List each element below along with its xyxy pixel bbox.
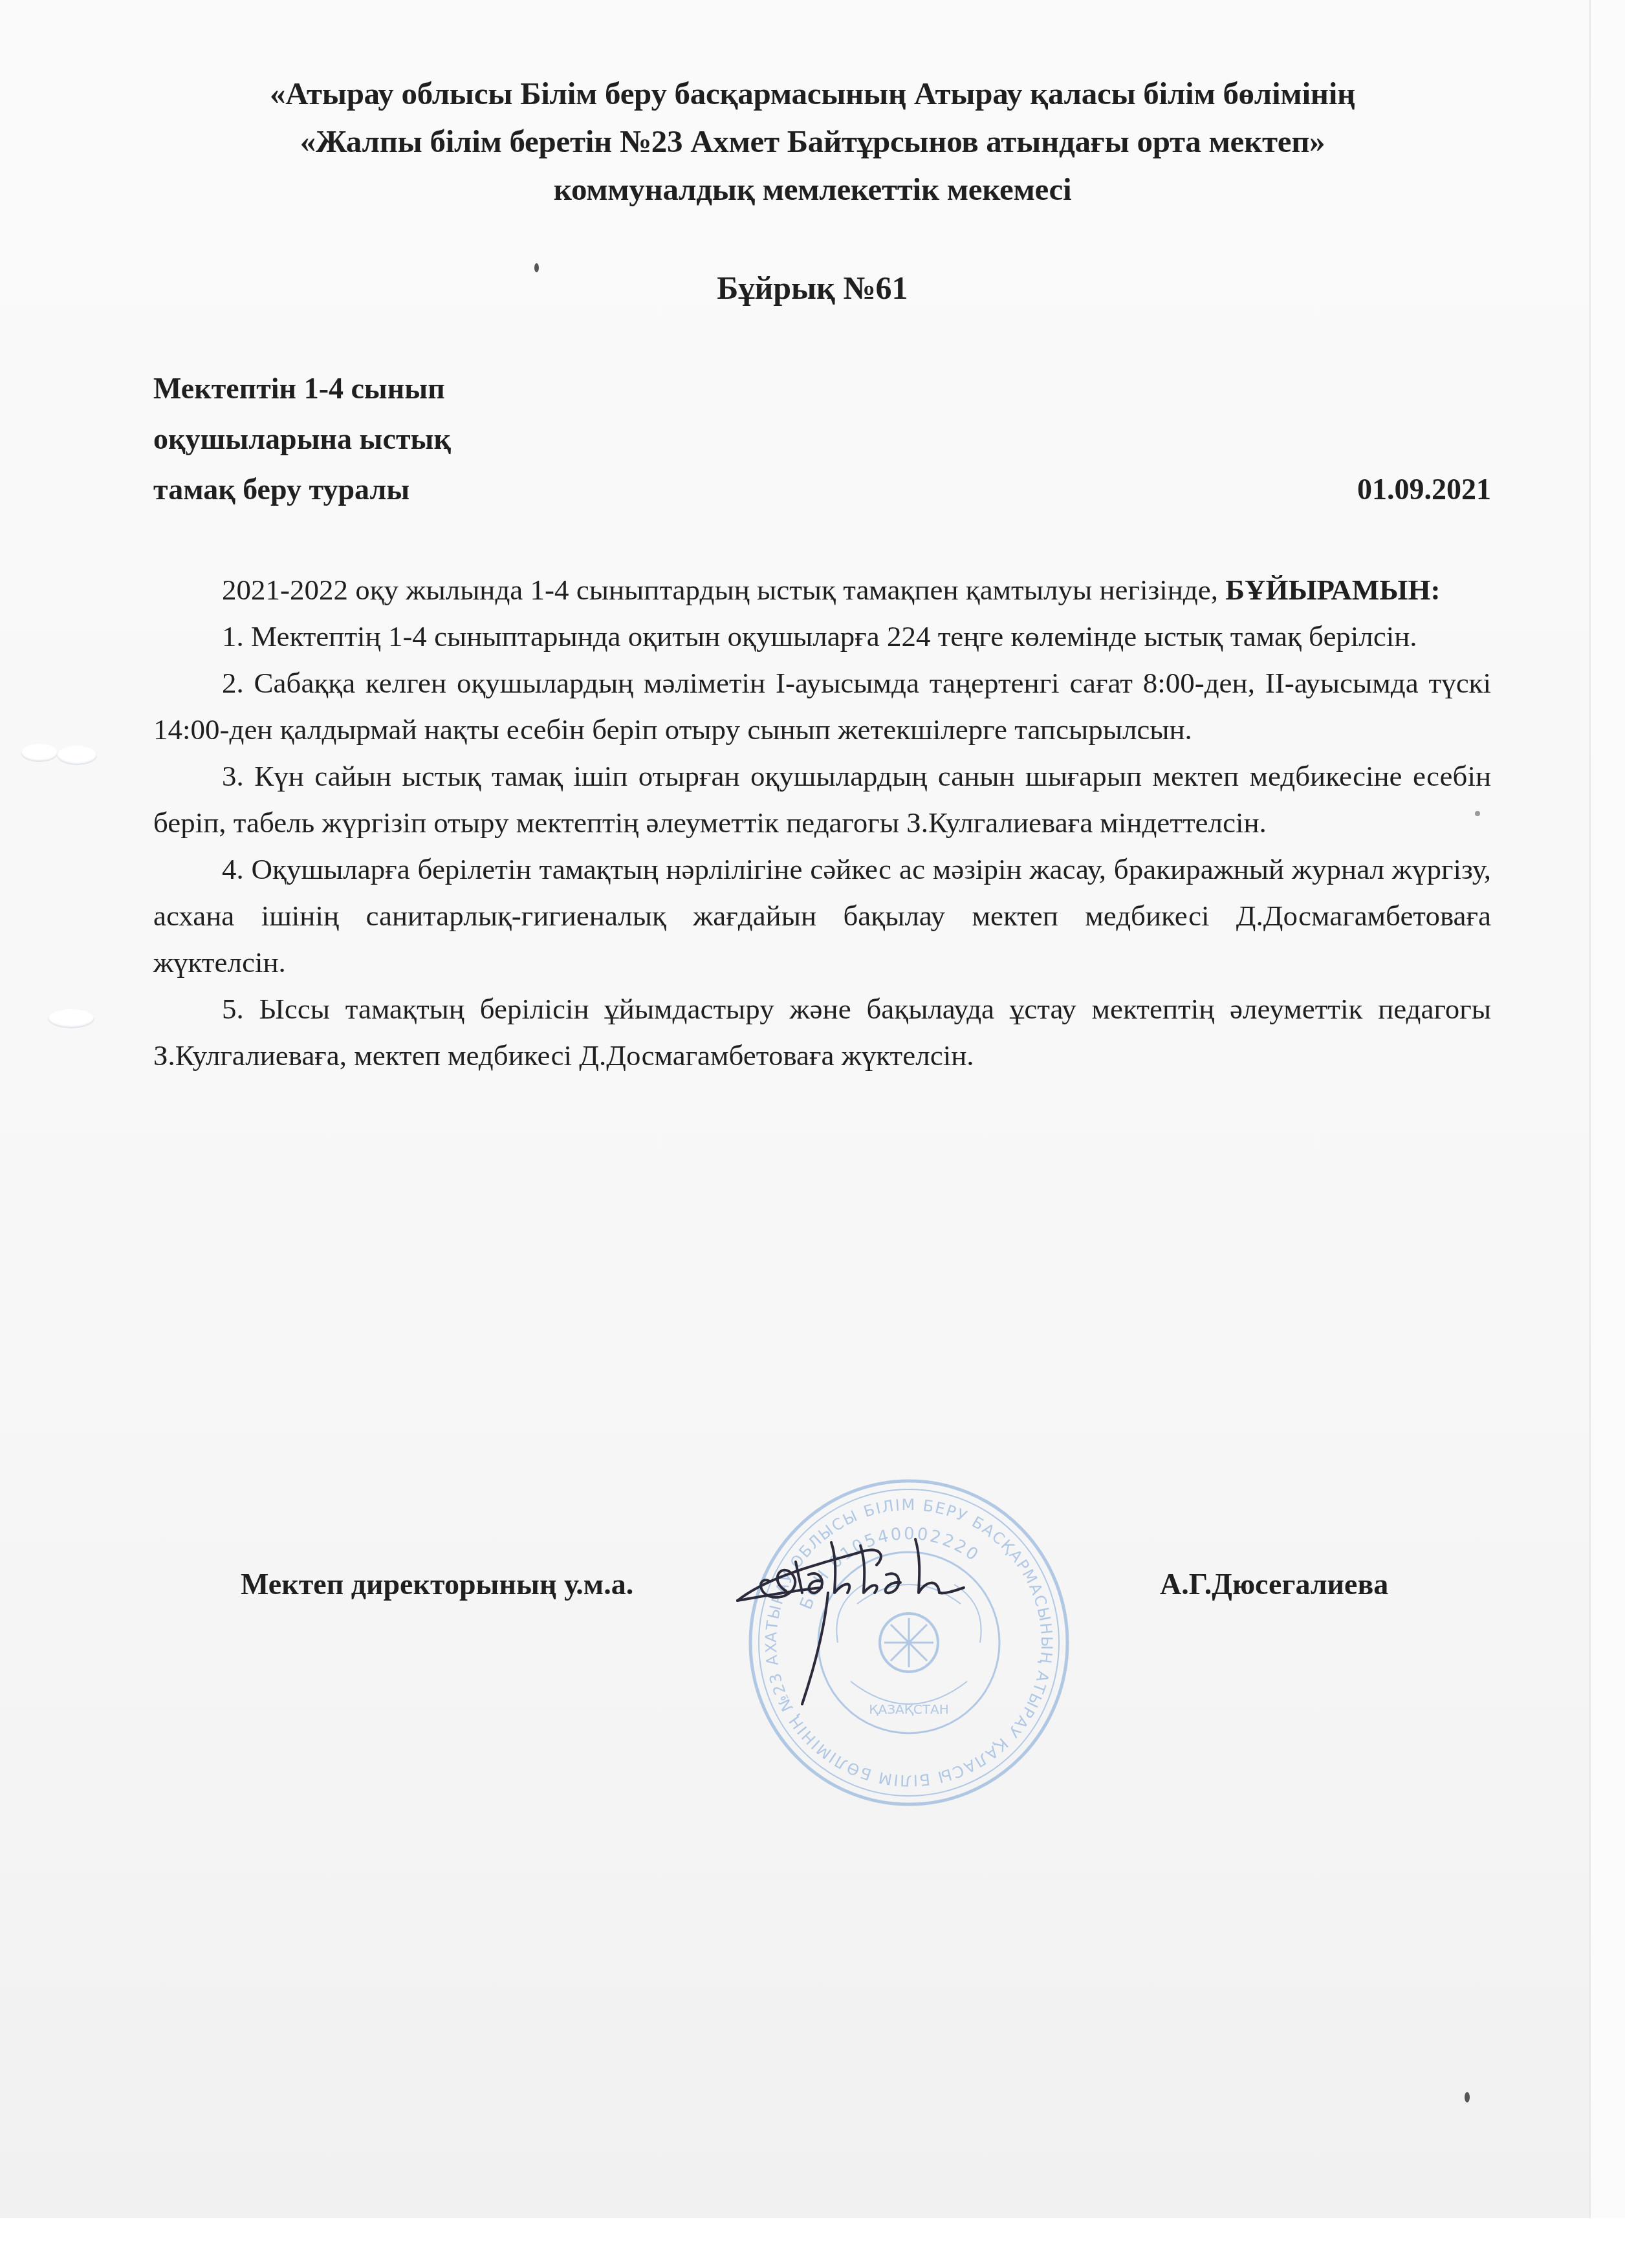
order-subject: Мектептін 1-4 сынып оқушыларына ыстық та… [153, 363, 451, 515]
paper-sheet [0, 0, 1589, 2218]
order-body: 2021-2022 оқу жылында 1-4 сыныптардың ыс… [153, 567, 1491, 1079]
punch-hole-icon [57, 746, 97, 765]
order-item-5: 5. Ыссы тамақтың берілісін ұйымдастыру ж… [153, 986, 1491, 1079]
punch-hole-icon [21, 744, 58, 762]
punch-hole-icon [48, 1009, 94, 1028]
institution-header: «Атырау облысы Білім беру басқармасының … [0, 70, 1625, 213]
subject-line-3: тамақ беру туралы [153, 464, 451, 515]
scan-margin-bottom [0, 2218, 1625, 2268]
intro-text: 2021-2022 оқу жылында 1-4 сыныптардың ыс… [222, 574, 1225, 606]
scanner-edge [1589, 0, 1625, 2268]
order-date: 01.09.2021 [1357, 464, 1491, 515]
intro-paragraph: 2021-2022 оқу жылында 1-4 сыныптардың ыс… [153, 567, 1491, 613]
order-directive: БҰЙЫРАМЫН: [1225, 574, 1440, 606]
subject-line-1: Мектептін 1-4 сынып [153, 363, 451, 414]
signatory-title: Мектеп директорының у.м.а. [241, 1559, 633, 1610]
order-title: Бұйрық №61 [0, 265, 1625, 310]
scan-speck [1465, 2092, 1470, 2102]
header-line-1: «Атырау облысы Білім беру басқармасының … [0, 70, 1625, 118]
signature-block: Мектеп директорының у.м.а. А.Г.Дюсегалие… [0, 1559, 1625, 1610]
signatory-name: А.Г.Дюсегалиева [1160, 1559, 1388, 1610]
order-item-3: 3. Күн сайын ыстық тамақ ішіп отырған оқ… [153, 753, 1491, 846]
order-item-2: 2. Сабаққа келген оқушылардың мәліметін … [153, 660, 1491, 753]
order-item-4: 4. Оқушыларға берілетін тамақтың нәрлілі… [153, 846, 1491, 986]
header-line-2: «Жалпы білім беретін №23 Ахмет Байтұрсын… [0, 118, 1625, 166]
order-item-1: 1. Мектептің 1-4 сыныптарында оқитын оқу… [153, 613, 1491, 660]
header-line-3: коммуналдық мемлекеттік мекемесі [0, 166, 1625, 213]
subject-line-2: оқушыларына ыстық [153, 414, 451, 464]
